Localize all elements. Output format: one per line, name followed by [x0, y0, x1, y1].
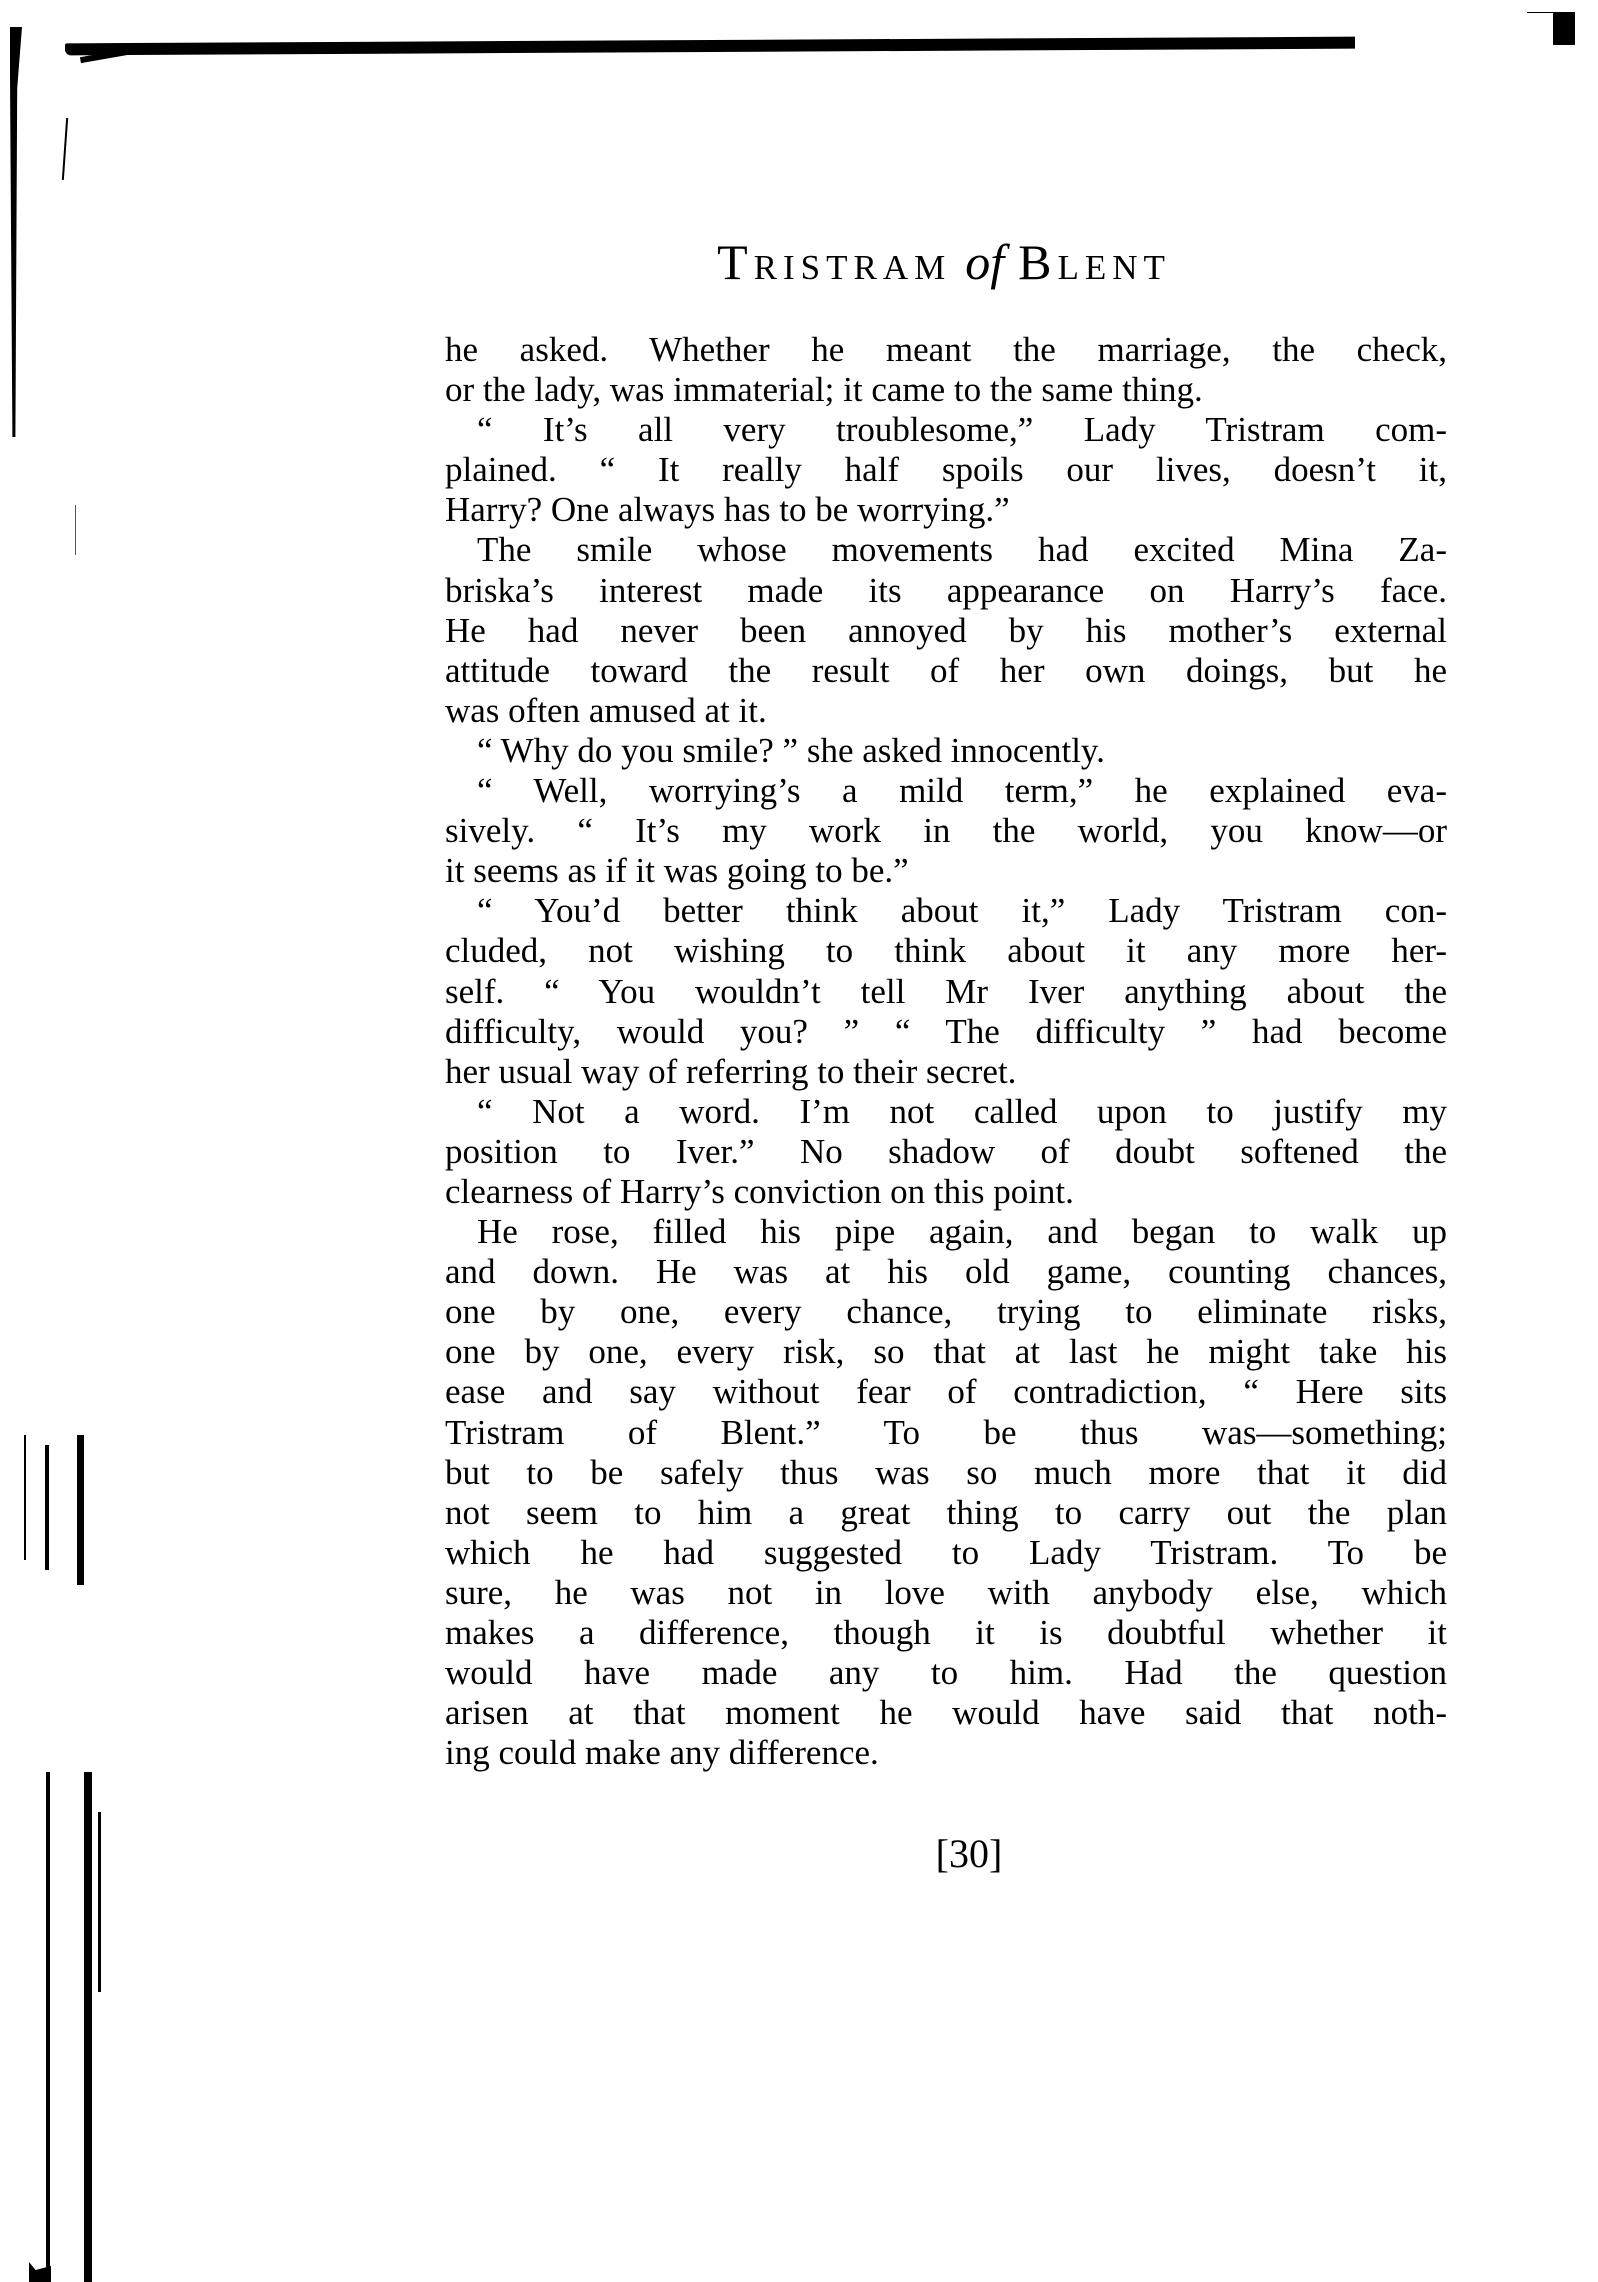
text-line: ease and say without fear of contradicti… — [445, 1372, 1447, 1412]
text-line: “ You’d better think about it,” Lady Tri… — [445, 891, 1447, 931]
text-line: or the lady, was immaterial; it came to … — [445, 370, 1447, 410]
text-line: Tristram of Blent.” To be thus was—somet… — [445, 1413, 1447, 1453]
text-line: clearness of Harry’s conviction on this … — [445, 1172, 1447, 1212]
text-line: her usual way of referring to their secr… — [445, 1052, 1447, 1092]
text-line: sively. “ It’s my work in the world, you… — [445, 811, 1447, 851]
page-number: [30] — [0, 1832, 1598, 1876]
text-line: one by one, every risk, so that at last … — [445, 1332, 1447, 1372]
text-line: attitude toward the result of her own do… — [445, 651, 1447, 691]
text-line: Harry? One always has to be worrying.” — [445, 490, 1447, 530]
text-line: would have made any to him. Had the ques… — [445, 1653, 1447, 1693]
body-text: he asked. Whether he meant the marriage,… — [445, 330, 1447, 1773]
text-line: self. “ You wouldn’t tell Mr Iver anythi… — [445, 972, 1447, 1012]
text-line: but to be safely thus was so much more t… — [445, 1453, 1447, 1493]
text-line: position to Iver.” No shadow of doubt so… — [445, 1132, 1447, 1172]
text-line: The smile whose movements had excited Mi… — [445, 530, 1447, 570]
running-head-title-part2: Blent — [1018, 234, 1171, 290]
scan-margin-line — [75, 505, 76, 555]
text-line: and down. He was at his old game, counti… — [445, 1252, 1447, 1292]
text-line: He rose, filled his pipe again, and bega… — [445, 1212, 1447, 1252]
scan-margin-line — [24, 1435, 26, 1560]
text-line: one by one, every chance, trying to elim… — [445, 1292, 1447, 1332]
text-line: cluded, not wishing to think about it an… — [445, 931, 1447, 971]
text-line: it seems as if it was going to be.” — [445, 851, 1447, 891]
text-line: sure, he was not in love with anybody el… — [445, 1573, 1447, 1613]
text-line: “ Why do you smile? ” she asked innocent… — [445, 731, 1447, 771]
scan-edge-corner-block — [1553, 12, 1575, 45]
scan-margin-line — [77, 1435, 84, 1585]
text-line: ing could make any difference. — [445, 1733, 1447, 1773]
text-line: not seem to him a great thing to carry o… — [445, 1493, 1447, 1533]
text-line: which he had suggested to Lady Tristram.… — [445, 1533, 1447, 1573]
text-line: briska’s interest made its appearance on… — [445, 571, 1447, 611]
scan-edge-corner-dash — [1527, 12, 1553, 13]
scan-margin-line — [45, 1445, 49, 1570]
text-line: difficulty, would you? ” “ The difficult… — [445, 1012, 1447, 1052]
text-line: he asked. Whether he meant the marriage,… — [445, 330, 1447, 370]
running-head: TristramofBlent — [0, 232, 1598, 292]
scan-edge-top-bar — [65, 37, 1355, 56]
text-line: “ Well, worrying’s a mild term,” he expl… — [445, 771, 1447, 811]
text-line: arisen at that moment he would have said… — [445, 1693, 1447, 1733]
text-line: plained. “ It really half spoils our liv… — [445, 450, 1447, 490]
scan-edge-left-stroke — [62, 118, 68, 180]
running-head-title-part1: Tristram — [717, 234, 951, 290]
text-line: was often amused at it. — [445, 691, 1447, 731]
text-line: makes a difference, though it is doubtfu… — [445, 1613, 1447, 1653]
page-number-label: [30] — [936, 1832, 1003, 1876]
text-line: He had never been annoyed by his mother’… — [445, 611, 1447, 651]
running-head-connector: of — [965, 234, 1004, 290]
text-line: “ Not a word. I’m not called upon to jus… — [445, 1092, 1447, 1132]
text-line: “ It’s all very troublesome,” Lady Trist… — [445, 410, 1447, 450]
